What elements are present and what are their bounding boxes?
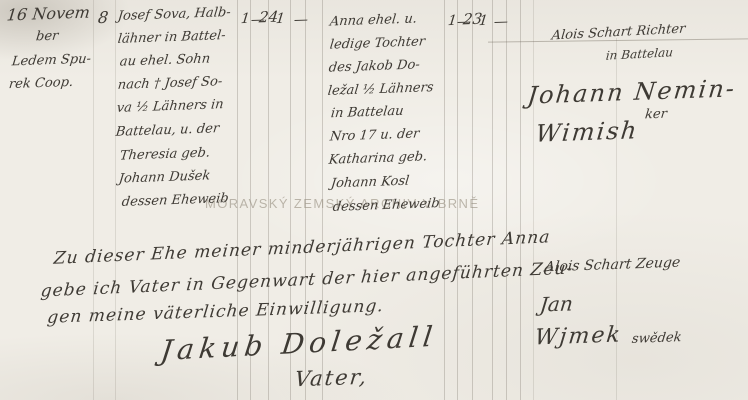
groom-detail-line: Johann Dušek: [118, 169, 211, 185]
groom-status-single: 1: [275, 12, 285, 26]
groom-detail-line: lähner in Battel-: [117, 29, 226, 46]
groom-religion-catholic: 1: [240, 12, 250, 26]
bride-detail-line: ledige Tochter: [329, 35, 426, 51]
bride-detail-line: Nro 17 u. der: [329, 127, 420, 143]
consent-text-line: gen meine väterliche Einwilligung.: [46, 298, 384, 327]
bride-detail-line: dessen Eheweib: [332, 197, 440, 214]
column-rule: [520, 0, 521, 400]
register-scan-page: MORAVSKÝ ZEMSKÝ ARCHIV V BRNĚ 16 Novem b…: [0, 0, 748, 400]
groom-status-widowed: —: [293, 13, 309, 27]
column-rule: [115, 0, 116, 400]
witness-signature: Johann Nemin-: [526, 76, 737, 107]
bride-detail-line: in Battelau: [330, 105, 404, 121]
officiant-line: rek Coop.: [8, 76, 74, 91]
witness-role: swědek: [631, 331, 682, 346]
witness-signature: Wimish: [535, 118, 640, 146]
witness-signature-suffix: ker: [644, 108, 667, 122]
marriage-date-line: ber: [35, 30, 59, 44]
groom-detail-line: Theresia geb.: [119, 146, 211, 162]
officiant-line: Ledem Spu-: [11, 53, 92, 69]
groom-detail-line: Josef Sova, Halb-: [117, 6, 231, 23]
bride-detail-line: Anna ehel. u.: [329, 12, 417, 28]
bride-detail-line: Katharina geb.: [328, 150, 428, 166]
column-rule: [492, 0, 493, 400]
bride-status-widowed: —: [493, 15, 509, 29]
house-number: 8: [97, 10, 109, 26]
groom-detail-line: va ½ Lähners in: [116, 98, 224, 115]
consent-signature-role: Vater,: [294, 367, 370, 391]
groom-detail-line: dessen Eheweib: [121, 192, 229, 209]
bride-detail-line: Johann Kosl: [330, 175, 410, 191]
witness-signature: Jan: [539, 293, 574, 314]
witness-signature: Wjmek: [534, 324, 623, 349]
groom-detail-line: au ehel. Sohn: [119, 52, 211, 68]
marriage-date-line: 16 Novem: [6, 5, 91, 24]
bride-status-single: 1: [478, 14, 488, 28]
bride-detail-line: des Jakob Do-: [328, 58, 420, 74]
groom-detail-line: nach † Josef So-: [117, 75, 223, 92]
bride-detail-line: ležal ½ Lähners: [327, 81, 434, 98]
column-rule: [93, 0, 94, 400]
column-rule: [506, 0, 507, 400]
consent-text-line: gebe ich Vater in Gegenwart der hier ang…: [40, 260, 574, 300]
consent-signature: Jakub Doležall: [159, 323, 439, 365]
witness-note-line: in Battelau: [605, 46, 673, 61]
groom-detail-line: Battelau, u. der: [115, 122, 220, 139]
